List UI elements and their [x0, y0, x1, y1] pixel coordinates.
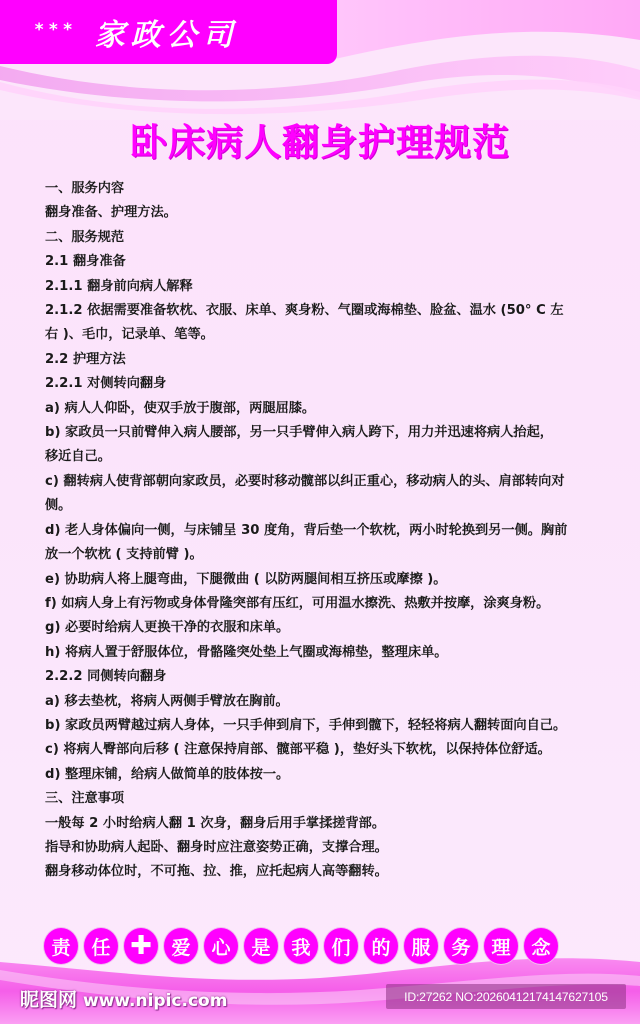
list-item: d) 整理床铺，给病人做简单的肢体按一。 — [45, 763, 600, 787]
company-banner: *** 家政公司 — [0, 0, 337, 64]
section-heading-notes: 三、注意事项 — [45, 787, 600, 811]
list-item: h) 将病人置于舒服体位，骨骼隆突处垫上气圈或海棉垫，整理床单。 — [45, 641, 600, 665]
section-heading-service-content: 一、服务内容 — [45, 177, 600, 201]
company-name-placeholder-stars: *** — [34, 20, 77, 40]
slogan-char: 理 — [484, 928, 518, 964]
subsection-item: 2.1.2 依据需要准备软枕、衣服、床单、爽身粉、气圈或海棉垫、脸盆、温水 (5… — [45, 299, 600, 323]
paragraph: 一般每 2 小时给病人翻 1 次身，翻身后用手掌揉搓背部。 — [45, 812, 600, 836]
paragraph: 指导和协助病人起卧、翻身时应注意姿势正确，支撑合理。 — [45, 836, 600, 860]
section-heading-service-standard: 二、服务规范 — [45, 226, 600, 250]
paragraph: 翻身移动体位时，不可拖、拉、推，应托起病人高等翻转。 — [45, 860, 600, 884]
paragraph: 翻身准备、护理方法。 — [45, 201, 600, 225]
slogan-char: 们 — [324, 928, 358, 964]
watermark-url: www.nipic.com — [83, 991, 227, 1011]
slogan-char: 务 — [444, 928, 478, 964]
list-item: f) 如病人身上有污物或身体骨隆突部有压红，可用温水擦洗、热敷并按摩，涂爽身粉。 — [45, 592, 600, 616]
list-item: a) 病人人仰卧，使双手放于腹部，两腿屈膝。 — [45, 397, 600, 421]
watermark-logo-text: 昵图网 — [20, 989, 77, 1011]
plus-icon: ✚ — [124, 928, 158, 964]
list-item: a) 移去垫枕，将病人两侧手臂放在胸前。 — [45, 690, 600, 714]
poster: *** 家政公司 卧床病人翻身护理规范 一、服务内容 翻身准备、护理方法。 二、… — [0, 0, 640, 1024]
slogan-char: 是 — [244, 928, 278, 964]
subsection-heading: 2.2 护理方法 — [45, 348, 600, 372]
slogan-bubbles: 责 任 ✚ 爱 心 是 我 们 的 服 务 理 念 — [44, 928, 604, 964]
subsection-heading: 2.2.2 同侧转向翻身 — [45, 665, 600, 689]
list-item-continuation: 侧。 — [45, 494, 600, 518]
slogan-char: 责 — [44, 928, 78, 964]
image-id-badge: ID:27262 NO:20260412174147627105 — [386, 984, 626, 1009]
slogan-char: 爱 — [164, 928, 198, 964]
list-item-continuation: 移近自己。 — [45, 445, 600, 469]
list-item: g) 必要时给病人更换干净的衣服和床单。 — [45, 616, 600, 640]
list-item: c) 翻转病人使背部朝向家政员，必要时移动髋部以纠正重心，移动病人的头、肩部转向… — [45, 470, 600, 494]
subsection-heading: 2.2.1 对侧转向翻身 — [45, 372, 600, 396]
page-title: 卧床病人翻身护理规范 — [0, 112, 640, 166]
list-item: e) 协助病人将上腿弯曲，下腿微曲 ( 以防两腿间相互挤压或摩擦 )。 — [45, 568, 600, 592]
list-item-continuation: 放一个软枕 ( 支持前臂 )。 — [45, 543, 600, 567]
list-item: c) 将病人臀部向后移 ( 注意保持肩部、髋部平稳 )，垫好头下软枕，以保持体位… — [45, 738, 600, 762]
list-item: b) 家政员一只前臂伸入病人腰部，另一只手臂伸入病人跨下，用力并迅速将病人抬起， — [45, 421, 600, 445]
list-item: b) 家政员两臂越过病人身体，一只手伸到肩下，手伸到髋下，轻轻将病人翻转面向自己… — [45, 714, 600, 738]
slogan-char: 的 — [364, 928, 398, 964]
slogan-char: 我 — [284, 928, 318, 964]
slogan-char: 念 — [524, 928, 558, 964]
company-name: 家政公司 — [95, 10, 239, 54]
slogan-char: 任 — [84, 928, 118, 964]
list-item: d) 老人身体偏向一侧，与床铺呈 30 度角，背后垫一个软枕，两小时轮换到另一侧… — [45, 519, 600, 543]
paragraph-continuation: 右 )、毛巾，记录单、笔等。 — [45, 323, 600, 347]
document-body: 一、服务内容 翻身准备、护理方法。 二、服务规范 2.1 翻身准备 2.1.1 … — [45, 177, 600, 885]
slogan-char: 服 — [404, 928, 438, 964]
subsection-item: 2.1.1 翻身前向病人解释 — [45, 275, 600, 299]
subsection-heading: 2.1 翻身准备 — [45, 250, 600, 274]
slogan-char: 心 — [204, 928, 238, 964]
nipic-watermark: 昵图网www.nipic.com — [20, 985, 227, 1012]
